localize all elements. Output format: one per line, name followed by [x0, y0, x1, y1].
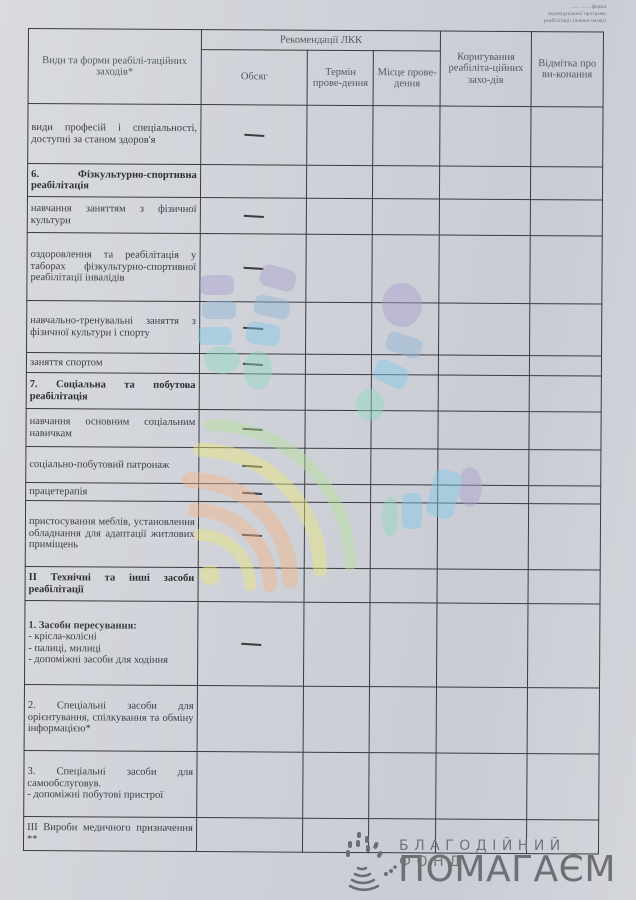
- mark-cell: [530, 236, 603, 304]
- place-cell: [373, 166, 440, 199]
- term-cell: [304, 568, 370, 602]
- correction-cell: [440, 166, 531, 200]
- header-types: Види та форми реабілі-таційних заходів*: [28, 29, 201, 105]
- term-cell: [306, 374, 372, 410]
- correction-cell: [436, 753, 527, 820]
- row-label: види професій і спеціальності, доступні …: [28, 104, 201, 165]
- header-mark: Відмітка про ви-конання: [531, 32, 604, 107]
- volume-cell: [196, 818, 303, 853]
- term-cell: [304, 602, 371, 686]
- row-label-line: види професій і спеціальності, доступні …: [31, 122, 197, 146]
- mark-cell: [530, 200, 602, 236]
- row-label: заняття спортом: [26, 352, 199, 373]
- mark-cell: [529, 412, 601, 450]
- place-cell: [371, 485, 438, 503]
- correction-cell: [437, 569, 528, 604]
- row-label-line: 1. Засоби пересування:: [28, 620, 194, 633]
- row-label-line: - допоміжні засоби для ходіння: [28, 654, 194, 667]
- row-label-line: - допоміжні побутові пристрої: [27, 789, 193, 802]
- row-label-line: - крісла-колісні: [28, 631, 194, 644]
- place-cell: [369, 687, 436, 753]
- table-row: 1. Засоби пересування:- крісла-колісні- …: [24, 600, 600, 688]
- header-note: ...... ...... форма індивідуальної прогр…: [544, 4, 606, 25]
- table-row: 7. Соціальна та побутова реабілітація: [26, 372, 601, 412]
- dash-mark: [243, 266, 263, 269]
- mark-cell: [529, 356, 601, 376]
- mark-cell: [528, 504, 601, 570]
- row-label-line: навчально-тренувальні заняття з фізичної…: [30, 315, 196, 339]
- correction-cell: [439, 355, 530, 376]
- correction-cell: [438, 411, 529, 450]
- row-label-line: 2. Спеціальні засоби для орієнтування, с…: [28, 700, 194, 736]
- dash-mark: [243, 214, 263, 217]
- volume-cell: [198, 484, 305, 503]
- row-label: 7. Соціальна та побутова реабілітація: [26, 372, 199, 409]
- header-note-line: індивідуальної програми: [544, 11, 606, 18]
- volume-cell: [200, 105, 307, 166]
- table-row: пристосування меблів, установлення облад…: [25, 500, 600, 570]
- place-cell: [371, 411, 438, 449]
- row-label: навчання заняттям з фізичної культури: [27, 196, 200, 233]
- volume-cell: [198, 502, 305, 569]
- row-label: соціально-побутовий патронаж: [26, 446, 199, 483]
- place-cell: [372, 235, 439, 303]
- mark-cell: [530, 167, 602, 200]
- mark-cell: [527, 754, 600, 820]
- place-cell: [372, 355, 439, 375]
- row-label: працетерапія: [26, 482, 199, 501]
- dash-mark: [244, 133, 264, 136]
- table-row: оздоровлення та реабілітація у таборах ф…: [27, 232, 602, 304]
- mark-cell: [528, 486, 600, 504]
- term-cell: [303, 752, 369, 818]
- table-row: 6. Фізкультурно-спортивна реабілітація: [27, 164, 602, 201]
- correction-cell: [439, 375, 530, 412]
- correction-cell: [437, 687, 528, 754]
- place-cell: [372, 375, 439, 411]
- mark-cell: [529, 376, 601, 412]
- header-place: Місце прове-дення: [373, 51, 440, 106]
- volume-cell: [199, 410, 306, 449]
- row-label: II Технічні та інші засоби реабілітації: [25, 566, 198, 601]
- table-row: соціально-побутовий патронаж: [26, 446, 601, 486]
- header-recommendations: Рекомендації ЛКК: [201, 30, 441, 51]
- correction-cell: [440, 199, 531, 236]
- row-label-line: 3. Спеціальні засоби для самообслуговув.: [27, 766, 193, 790]
- row-label-line: 7. Соціальна та побутова реабілітація: [30, 379, 196, 403]
- row-label-line: оздоровлення та реабілітація у таборах ф…: [30, 249, 196, 285]
- row-label-line: навчання заняттям з фізичної культури: [31, 203, 197, 227]
- table-row: навчання основним соціальним навичкам: [26, 408, 601, 450]
- header-correction: Коригування реабіліта-ційних захо-дів: [440, 31, 531, 107]
- term-cell: [306, 234, 372, 302]
- volume-cell: [200, 198, 307, 235]
- row-label: навчання основним соціальним навичкам: [26, 408, 199, 447]
- volume-cell: [198, 448, 305, 485]
- row-label-line: II Технічні та інші засоби реабілітації: [29, 572, 195, 596]
- volume-cell: [196, 752, 303, 819]
- volume-cell: [197, 686, 304, 753]
- term-cell: [305, 502, 371, 568]
- correction-cell: [438, 485, 529, 504]
- dash-mark: [242, 464, 262, 467]
- place-cell: [372, 303, 439, 355]
- term-cell: [305, 484, 371, 502]
- row-label-line: працетерапія: [29, 486, 195, 499]
- term-cell: [307, 198, 373, 234]
- mark-cell: [527, 688, 600, 754]
- row-label: 3. Спеціальні засоби для самообслуговув.…: [24, 750, 197, 817]
- place-cell: [373, 106, 440, 166]
- correction-cell: [437, 603, 528, 688]
- correction-cell: [438, 503, 529, 570]
- correction-cell: [439, 303, 530, 356]
- table-row: 3. Спеціальні засоби для самообслуговув.…: [24, 750, 599, 820]
- row-label-line: III Вироби медичного призначення **: [27, 822, 193, 846]
- mark-cell: [529, 450, 601, 486]
- row-label: 1. Засоби пересування:- крісла-колісні- …: [24, 600, 197, 685]
- dash-mark: [241, 533, 261, 536]
- volume-cell: [199, 302, 306, 355]
- header-term: Термін прове-дення: [307, 50, 373, 105]
- mark-cell: [531, 107, 604, 167]
- place-cell: [370, 603, 438, 687]
- place-cell: [373, 199, 440, 235]
- volume-cell: [199, 374, 306, 411]
- place-cell: [370, 569, 437, 603]
- term-cell: [307, 105, 373, 165]
- mark-cell: [528, 570, 600, 604]
- row-label: пристосування меблів, установлення облад…: [25, 500, 198, 567]
- place-cell: [371, 449, 438, 485]
- place-cell: [371, 503, 438, 569]
- term-cell: [305, 410, 371, 448]
- row-label-line: навчання основним соціальним навичкам: [29, 416, 195, 440]
- hand-print-icon: [342, 832, 398, 892]
- charity-fund-logo: БЛАГОДІЙНИЙ ФОНД ПОМАГАЄМ: [342, 832, 632, 894]
- term-cell: [306, 354, 372, 374]
- place-cell: [369, 753, 436, 819]
- dash-mark: [241, 642, 261, 645]
- volume-cell: [200, 234, 307, 303]
- table-row: II Технічні та інші засоби реабілітації: [25, 566, 600, 604]
- header-note-line: реабілітації (повної назви): [544, 18, 606, 25]
- term-cell: [303, 686, 369, 752]
- dash-mark: [243, 326, 263, 329]
- volume-cell: [200, 165, 307, 199]
- header-note-line: ...... ...... форма: [544, 4, 606, 11]
- volume-cell: [199, 354, 306, 375]
- logo-title: ПОМАГАЄМ: [398, 850, 616, 890]
- header-volume: Обсяг: [201, 50, 308, 106]
- dash-mark: [242, 491, 262, 494]
- row-label: III Вироби медичного призначення **: [23, 816, 196, 851]
- table-row: навчання заняттям з фізичної культури: [27, 196, 602, 236]
- row-label: 6. Фізкультурно-спортивна реабілітація: [27, 164, 200, 198]
- row-label-line: соціально-побутовий патронаж: [29, 459, 195, 472]
- correction-cell: [438, 449, 529, 486]
- dash-mark: [242, 427, 262, 430]
- table-row: навчально-тренувальні заняття з фізичної…: [27, 300, 602, 356]
- row-label-line: заняття спортом: [30, 357, 196, 370]
- row-label-line: пристосування меблів, установлення облад…: [29, 516, 195, 552]
- mark-cell: [527, 604, 600, 688]
- row-label: оздоровлення та реабілітація у таборах ф…: [27, 232, 200, 301]
- volume-cell: [198, 568, 305, 603]
- correction-cell: [440, 106, 531, 167]
- term-cell: [305, 448, 371, 484]
- table-row: види професій і спеціальності, доступні …: [28, 104, 603, 168]
- term-cell: [306, 302, 372, 354]
- mark-cell: [529, 304, 601, 356]
- correction-cell: [439, 235, 530, 304]
- dash-mark: [242, 362, 262, 365]
- row-label-line: 6. Фізкультурно-спортивна реабілітація: [31, 169, 197, 193]
- table-row: 2. Спеціальні засоби для орієнтування, с…: [24, 684, 599, 754]
- volume-cell: [197, 602, 304, 687]
- row-label: 2. Спеціальні засоби для орієнтування, с…: [24, 684, 197, 751]
- row-label-line: - палиці, милиці: [28, 643, 194, 656]
- term-cell: [307, 165, 373, 198]
- row-label: навчально-тренувальні заняття з фізичної…: [27, 300, 200, 353]
- rehabilitation-form-table: Види та форми реабілі-таційних заходів* …: [23, 28, 604, 855]
